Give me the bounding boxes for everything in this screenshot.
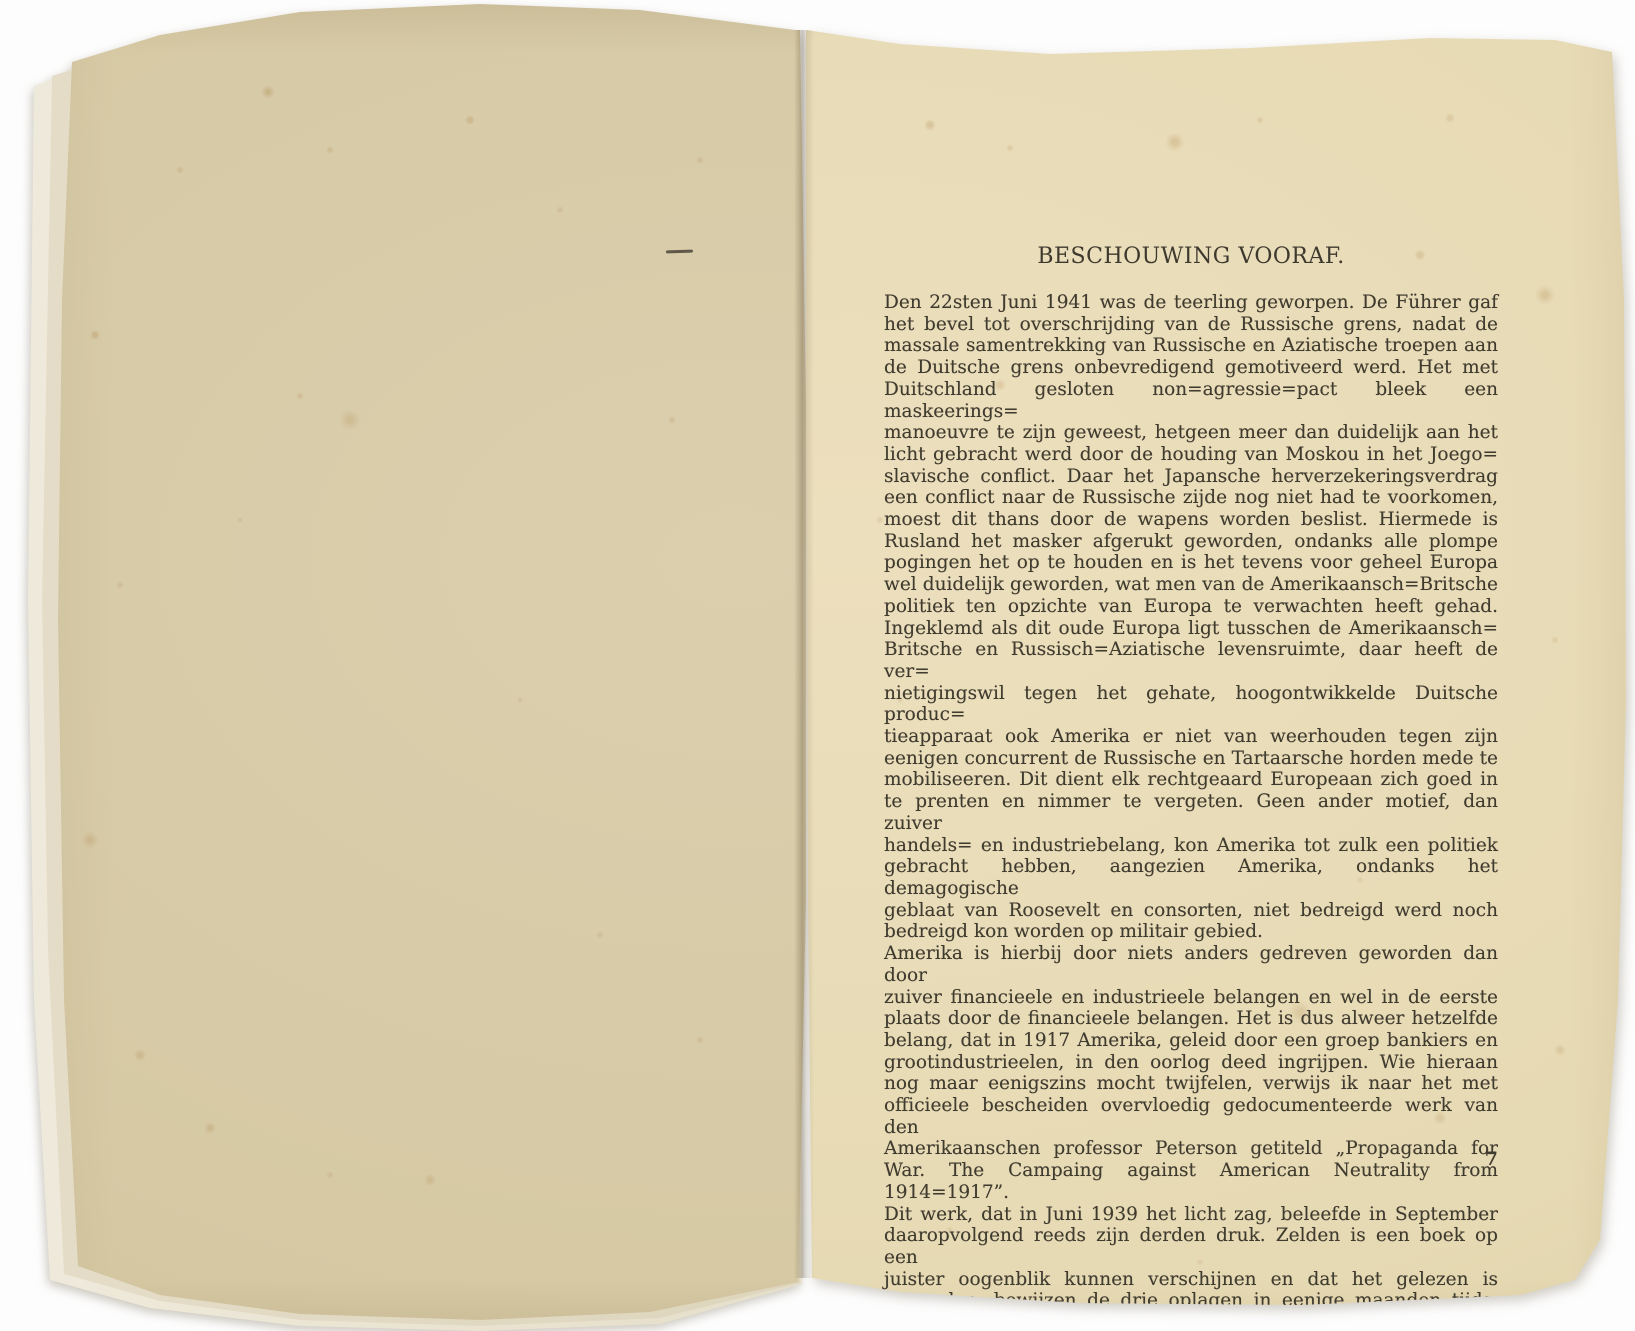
text-line: moest dit thans door de wapens worden be…: [884, 509, 1498, 531]
text-line: slavische conflict. Daar het Japansche h…: [884, 466, 1498, 488]
gutter-shadow: [794, 30, 814, 1278]
text-line: Amerika is hierbij door niets anders ged…: [884, 943, 1498, 986]
text-line: pogingen het op te houden en is het teve…: [884, 552, 1498, 574]
text-line: eenigen concurrent de Russische en Tarta…: [884, 748, 1498, 770]
text-line: nietigingswil tegen het gehate, hoogontw…: [884, 683, 1498, 726]
text-line: plaats door de financieele belangen. Het…: [884, 1008, 1498, 1030]
text-line: geworden, bewijzen de drie oplagen in ee…: [884, 1290, 1498, 1312]
text-line: geblaat van Roosevelt en consorten, niet…: [884, 900, 1498, 922]
text-line: Den 22sten Juni 1941 was de teerling gew…: [884, 292, 1498, 314]
photo-backdrop: BESCHOUWING VOORAF. Den 22sten Juni 1941…: [0, 0, 1635, 1331]
page-heading: BESCHOUWING VOORAF.: [884, 244, 1498, 269]
text-line: een conflict naar de Russische zijde nog…: [884, 487, 1498, 509]
text-line: de Duitsche grens onbevredigend gemotive…: [884, 357, 1498, 379]
text-line: Rusland het masker afgerukt geworden, on…: [884, 531, 1498, 553]
text-line: massale samentrekking van Russische en A…: [884, 335, 1498, 357]
text-line: bedreigd kon worden op militair gebied.: [884, 921, 1498, 943]
text-line: belang, dat in 1917 Amerika, geleid door…: [884, 1030, 1498, 1052]
text-line: manoeuvre te zijn geweest, hetgeen meer …: [884, 422, 1498, 444]
text-line: Ingeklemd als dit oude Europa ligt tussc…: [884, 618, 1498, 640]
right-page: BESCHOUWING VOORAF. Den 22sten Juni 1941…: [0, 0, 1635, 1331]
text-line: daaropvolgend reeds zijn derden druk. Ze…: [884, 1225, 1498, 1268]
text-line: nog maar eenigszins mocht twijfelen, ver…: [884, 1073, 1498, 1095]
text-line: grootindustrieelen, in den oorlog deed i…: [884, 1052, 1498, 1074]
text-line: tieapparaat ook Amerika er niet van weer…: [884, 726, 1498, 748]
text-line: het bevel tot overschrijding van de Russ…: [884, 314, 1498, 336]
text-line: Edoch; de Amerikaansche burger schijnt a…: [884, 1312, 1498, 1331]
text-line: gebracht hebben, aangezien Amerika, onda…: [884, 856, 1498, 899]
text-line: juister oogenblik kunnen verschijnen en …: [884, 1269, 1498, 1291]
text-line: Britsche en Russisch=Aziatische levensru…: [884, 639, 1498, 682]
text-line: zuiver financieele en industrieele belan…: [884, 987, 1498, 1009]
text-line: wel duidelijk geworden, wat men van de A…: [884, 574, 1498, 596]
text-line: politiek ten opzichte van Europa te verw…: [884, 596, 1498, 618]
text-line: mobiliseeren. Dit dient elk rechtgeaard …: [884, 769, 1498, 791]
text-line: Duitschland gesloten non=agressie=pact b…: [884, 379, 1498, 422]
text-line: te prenten en nimmer te vergeten. Geen a…: [884, 791, 1498, 834]
text-line: handels= en industriebelang, kon Amerika…: [884, 835, 1498, 857]
body-text: Den 22sten Juni 1941 was de teerling gew…: [884, 292, 1498, 1331]
page-number: 7: [884, 1148, 1498, 1170]
text-line: licht gebracht werd door de houding van …: [884, 444, 1498, 466]
text-line: Dit werk, dat in Juni 1939 het licht zag…: [884, 1204, 1498, 1226]
right-page-wrap: BESCHOUWING VOORAF. Den 22sten Juni 1941…: [0, 0, 1635, 1331]
text-line: officieele bescheiden overvloedig gedocu…: [884, 1095, 1498, 1138]
